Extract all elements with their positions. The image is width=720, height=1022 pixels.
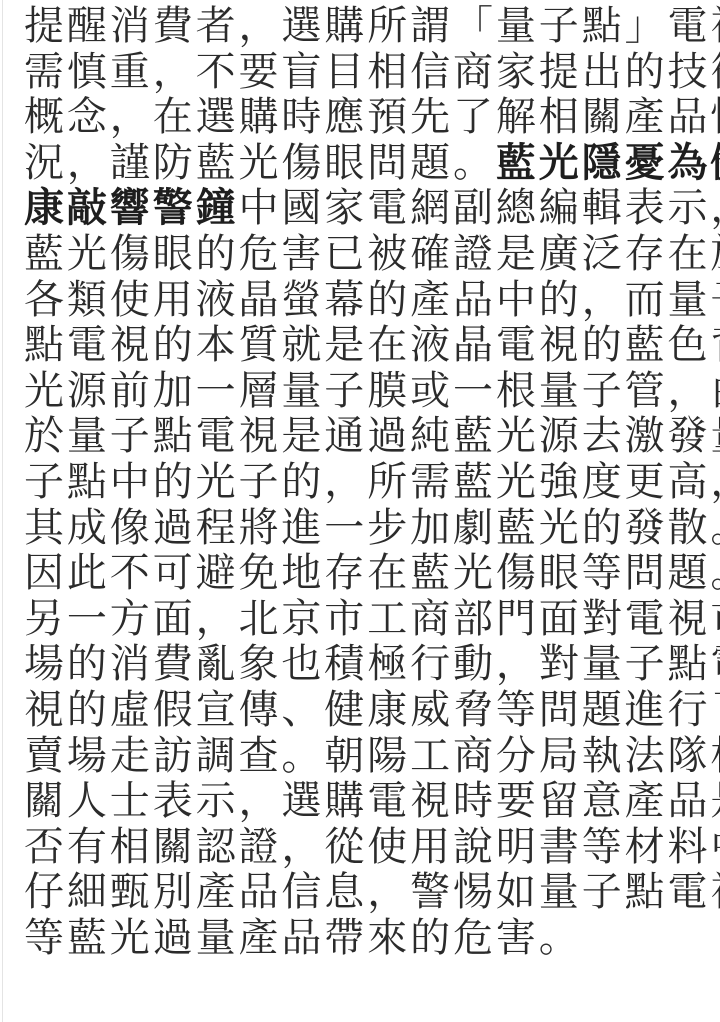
text-segment: 仔細甄別產品信息，警惕如量子點電視 [24,869,720,915]
text-segment: 提醒消費者，選購所謂「量子點」電視 [24,3,720,49]
text-line-14: 另一方面，北京市工商部門面對電視市 [24,597,714,643]
text-segment: 場的消費亂象也積極行動，對量子點電 [24,641,720,687]
text-line-18: 關人士表示，選購電視時要留意產品是 [24,779,714,825]
text-segment: 概念，在選購時應預先了解相關產品情 [24,94,720,140]
text-line-9: 光源前加一層量子膜或一根量子管，由 [24,369,714,415]
text-segment: 子點中的光子的，所需藍光強度更高， [24,459,720,505]
text-line-8: 點電視的本質就是在液晶電視的藍色背 [24,323,714,369]
text-line-19: 否有相關認證，從使用說明書等材料中 [24,825,714,871]
text-line-6: 藍光傷眼的危害已被確證是廣泛存在於 [24,232,714,278]
text-segment: 藍光傷眼的危害已被確證是廣泛存在於 [24,231,720,277]
text-line-12: 其成像過程將進一步加劇藍光的發散。 [24,506,714,552]
text-segment: 否有相關認證，從使用說明書等材料中 [24,824,720,870]
text-segment: 於量子點電視是通過純藍光源去激發量 [24,413,720,459]
text-line-7: 各類使用液晶螢幕的產品中的，而量子 [24,278,714,324]
text-line-17: 賣場走訪調查。朝陽工商分局執法隊相 [24,734,714,780]
article-body: 提醒消費者，選購所謂「量子點」電視 需慎重，不要盲目相信商家提出的技術 概念，在… [24,4,714,961]
text-line-3: 概念，在選購時應預先了解相關產品情 [24,95,714,141]
text-segment: 視的虛假宣傳、健康威脅等問題進行了 [24,687,720,733]
text-line-15: 場的消費亂象也積極行動，對量子點電 [24,642,714,688]
text-segment: 因此不可避免地存在藍光傷眼等問題。 [24,550,720,596]
text-segment: 點電視的本質就是在液晶電視的藍色背 [24,322,720,368]
text-line-1: 提醒消費者，選購所謂「量子點」電視 [24,4,714,50]
text-segment: 其成像過程將進一步加劇藍光的發散。 [24,505,720,551]
text-line-11: 子點中的光子的，所需藍光強度更高， [24,460,714,506]
left-border-rule [2,0,3,1022]
text-segment: 光源前加一層量子膜或一根量子管，由 [24,368,720,414]
text-line-13: 因此不可避免地存在藍光傷眼等問題。 [24,551,714,597]
text-segment: 等藍光過量產品帶來的危害。 [24,915,582,961]
text-line-10: 於量子點電視是通過純藍光源去激發量 [24,414,714,460]
text-segment: 需慎重，不要盲目相信商家提出的技術 [24,49,720,95]
text-segment: 中國家電網副總編輯表示， [239,185,720,231]
text-segment: 關人士表示，選購電視時要留意產品是 [24,778,720,824]
text-line-2: 需慎重，不要盲目相信商家提出的技術 [24,50,714,96]
bold-subheading-part-1: 藍光隱憂為健 [496,140,720,186]
text-line-5: 康敲響警鐘中國家電網副總編輯表示， [24,186,714,232]
text-line-16: 視的虛假宣傳、健康威脅等問題進行了 [24,688,714,734]
text-line-21: 等藍光過量產品帶來的危害。 [24,916,714,962]
text-segment: 況，謹防藍光傷眼問題。 [24,140,496,186]
text-line-4: 況，謹防藍光傷眼問題。藍光隱憂為健 [24,141,714,187]
bold-subheading-part-2: 康敲響警鐘 [24,185,239,231]
text-segment: 各類使用液晶螢幕的產品中的，而量子 [24,277,720,323]
text-segment: 另一方面，北京市工商部門面對電視市 [24,596,720,642]
text-line-20: 仔細甄別產品信息，警惕如量子點電視 [24,870,714,916]
text-segment: 賣場走訪調查。朝陽工商分局執法隊相 [24,733,720,779]
